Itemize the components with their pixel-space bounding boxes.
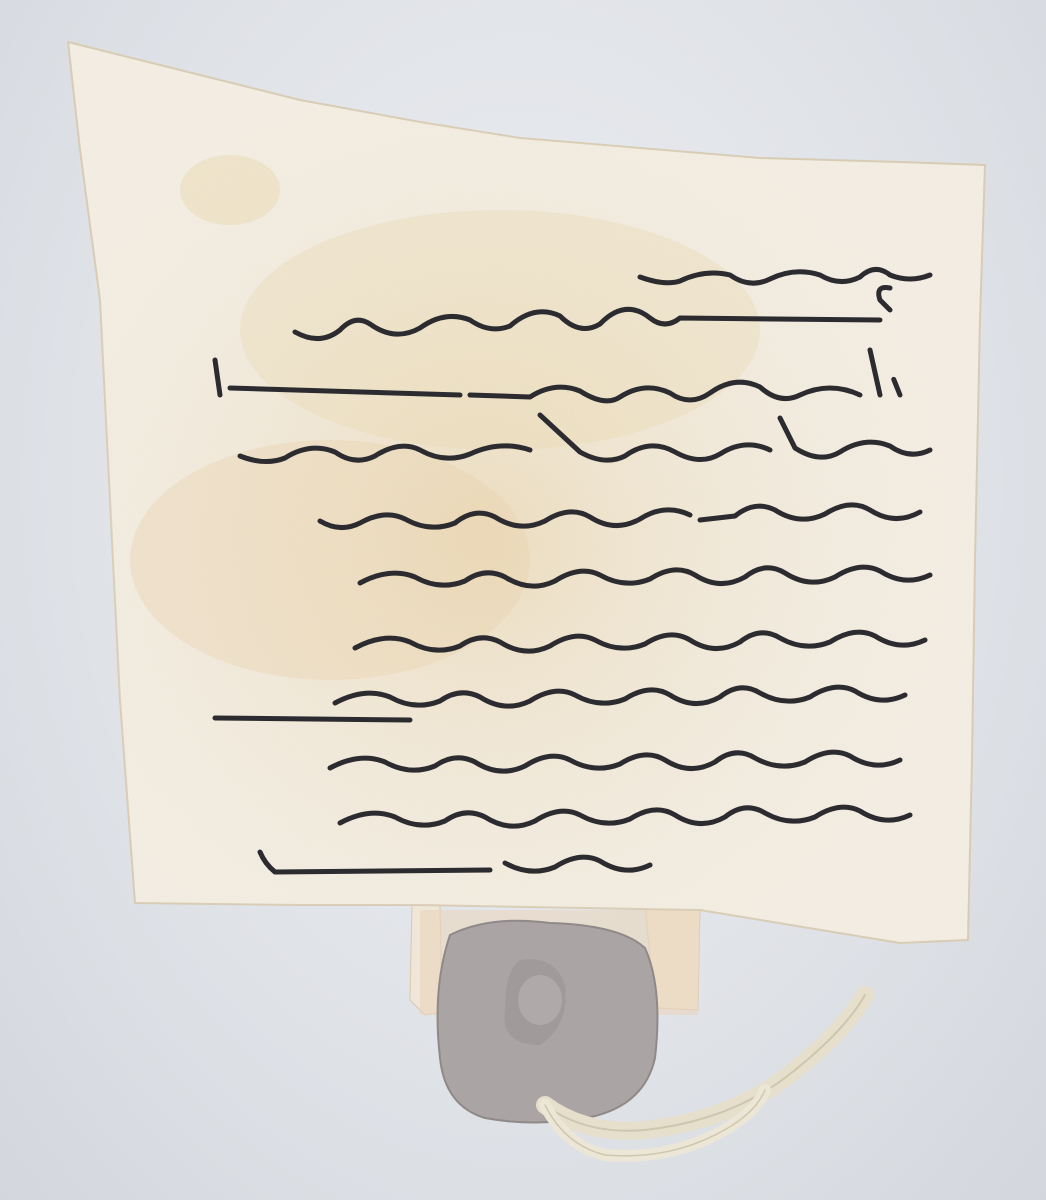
photo-stage: Arabic manuscript document on parchment … <box>0 0 1046 1200</box>
manuscript-illustration <box>0 0 1046 1200</box>
clay-seal <box>438 921 658 1123</box>
